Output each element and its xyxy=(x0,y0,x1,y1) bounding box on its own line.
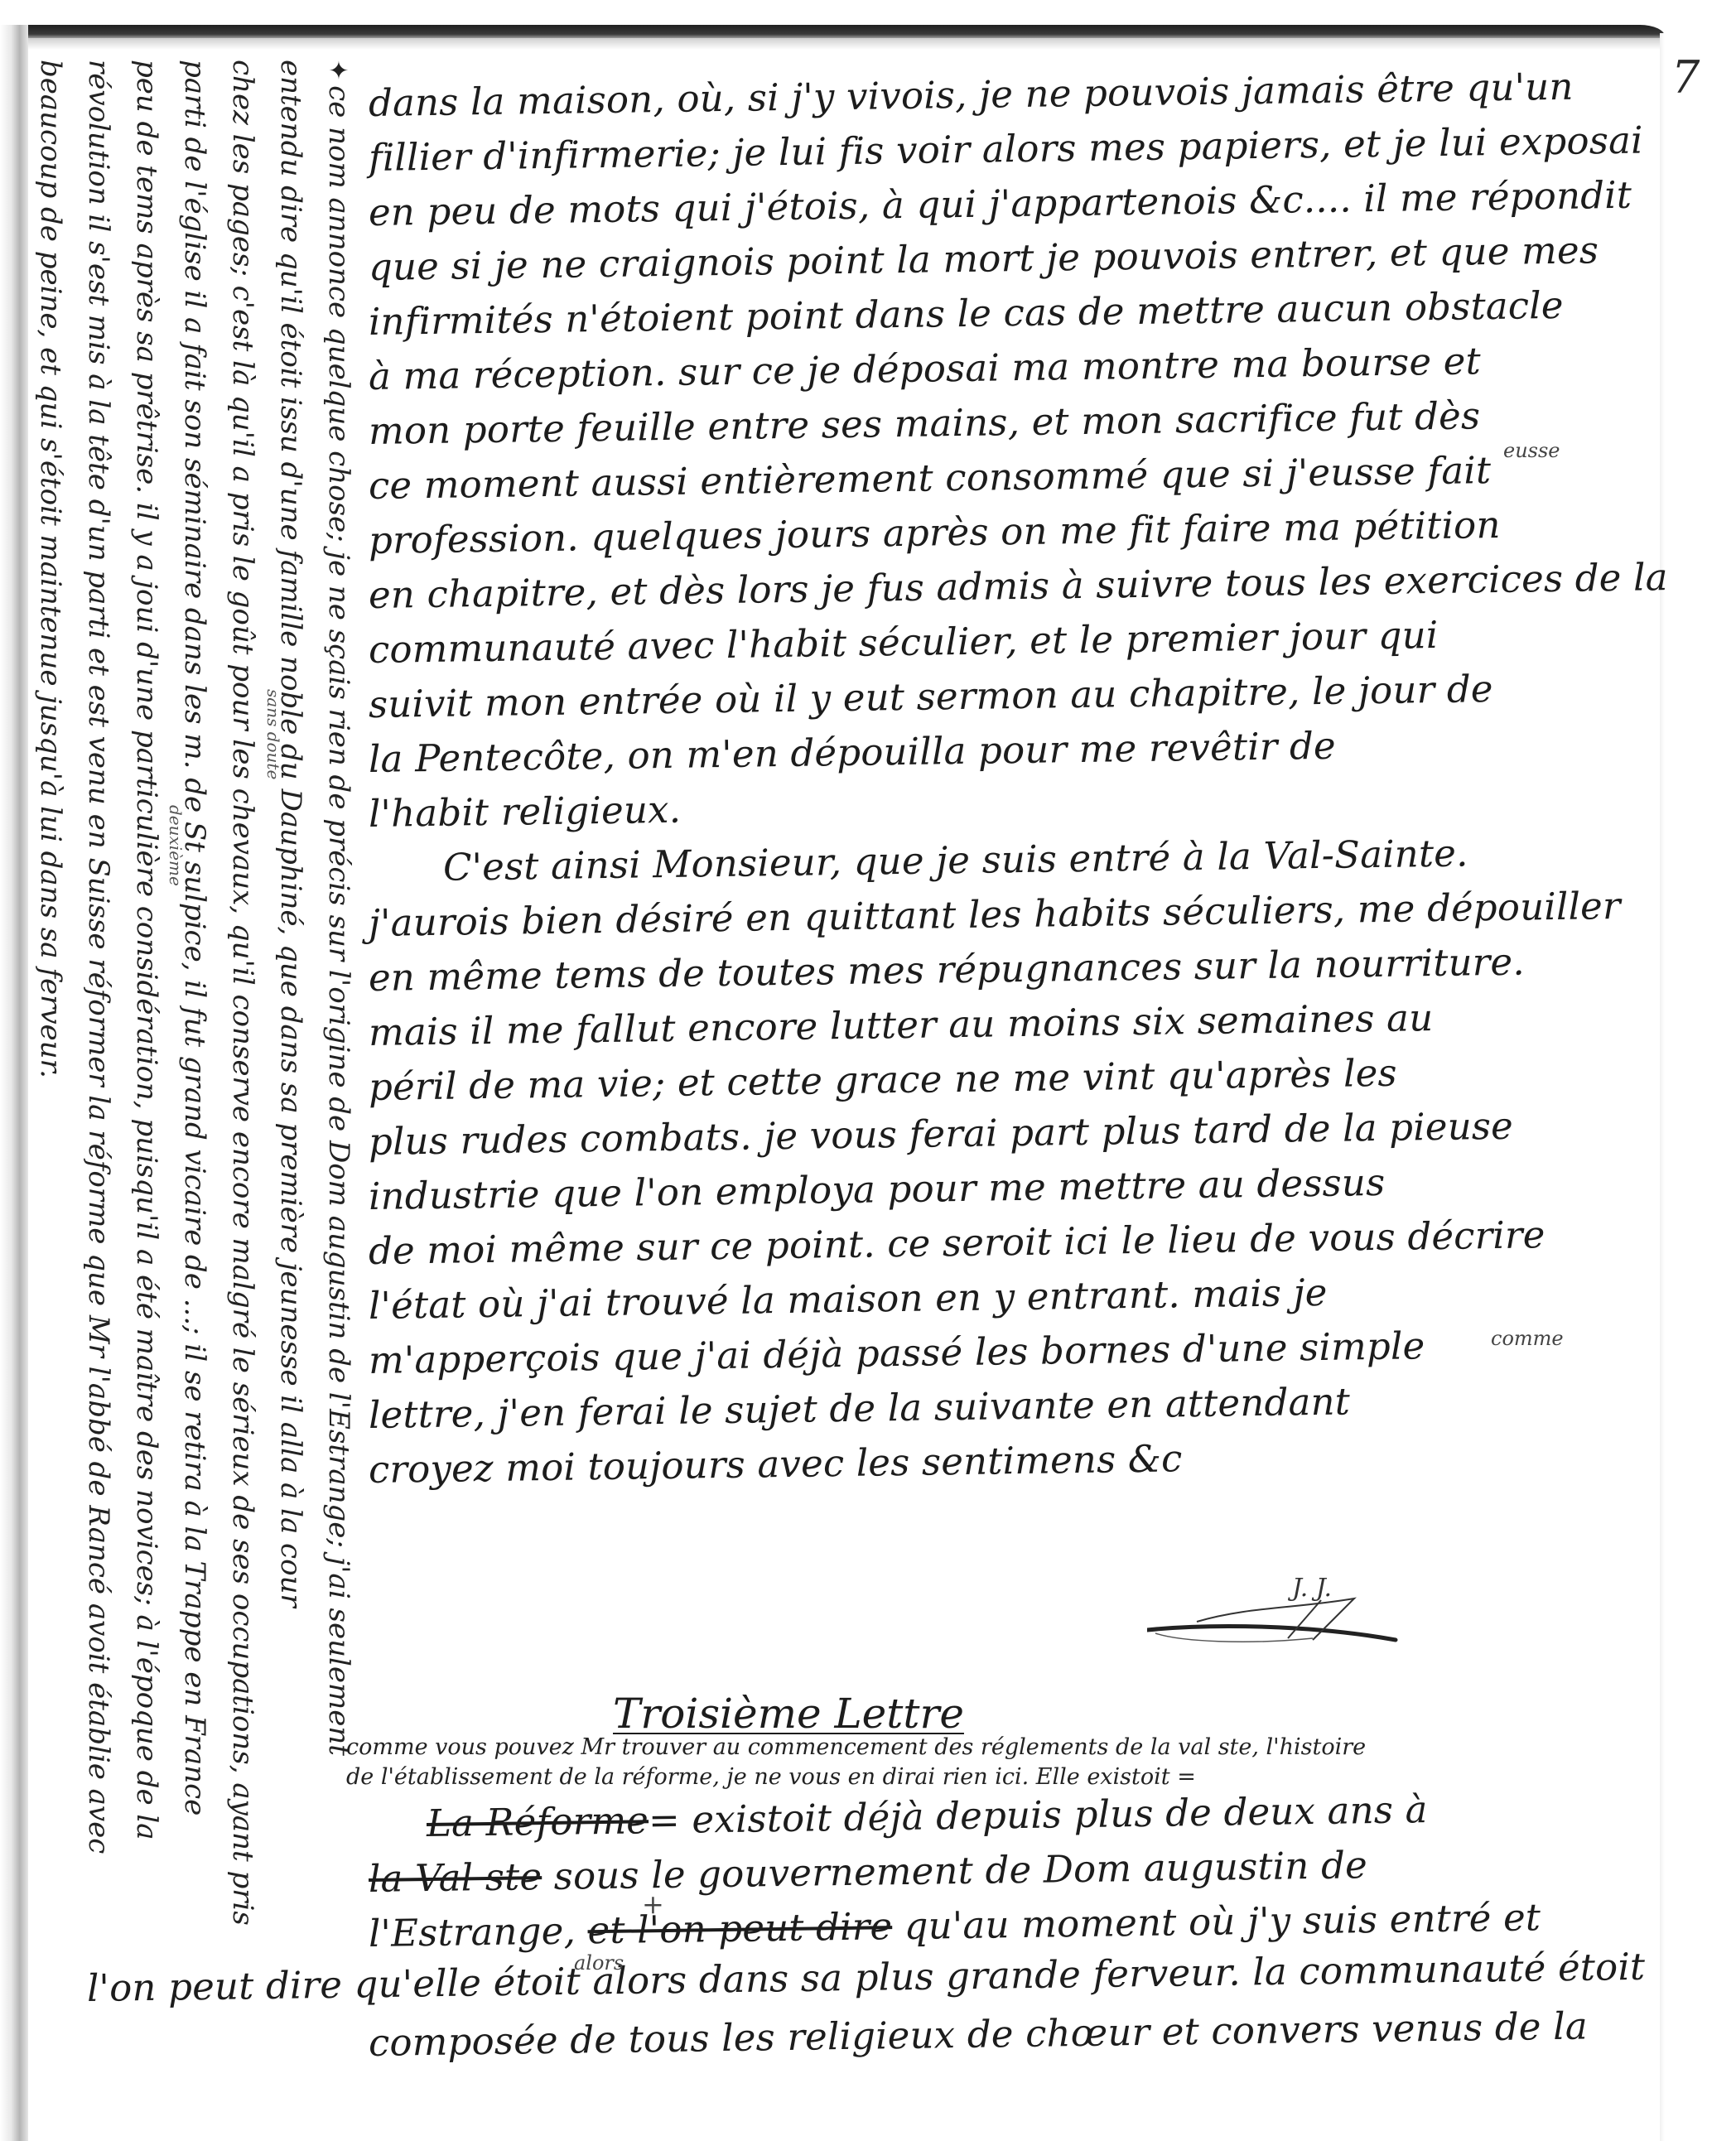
page-top-edge xyxy=(0,25,1665,38)
note-line: comme vous pouvez Mr trouver au commence… xyxy=(346,1733,1671,1762)
letter-body: dans la maison, où, si j'y vivois, je ne… xyxy=(369,76,1627,1497)
struck-text: La Réforme xyxy=(427,1798,649,1845)
struck-text: et l'on peut dire xyxy=(587,1904,892,1952)
margin-insertion-deuxieme: deuxième xyxy=(166,805,186,886)
insertion-eusse: eusse xyxy=(1503,439,1560,462)
insertion-alors: alors xyxy=(574,1951,624,1975)
third-letter-body: La Réforme= existoit déjà depuis plus de… xyxy=(369,1797,1661,2071)
margin-note: ✦ce nom annonce quelque chose; je ne sça… xyxy=(73,60,363,1849)
margin-note-line: révolution il s'est mis à la tête d'un p… xyxy=(75,60,123,1849)
margin-note-line: ✦ce nom annonce quelque chose; je ne sça… xyxy=(315,60,363,1849)
margin-note-line: chez les pages; c'est là qu'il a pris le… xyxy=(219,60,267,1849)
margin-note-line: parti de l'église il a fait son séminair… xyxy=(171,60,219,1849)
insertion-plus-icon: + xyxy=(642,1888,664,1920)
margin-note-line: entendu dire qu'il étoit issu d'une fami… xyxy=(267,60,315,1849)
struck-text: la Val ste xyxy=(369,1854,542,1901)
page-top-shadow xyxy=(0,38,1665,50)
margin-note-line: peu de tems après sa prêtrise. il y a jo… xyxy=(123,60,171,1849)
insertion-star-icon: ✦ xyxy=(323,60,352,80)
signature-flourish-icon xyxy=(1147,1590,1429,1648)
page-binding-edge xyxy=(0,25,28,2141)
page-number: 7 xyxy=(1671,51,1700,104)
third-letter-heading: Troisième Lettre xyxy=(613,1690,964,1738)
margin-insertion-sans-doute: sans doute xyxy=(263,689,283,779)
margin-note-line: beaucoup de peine, et qui s'étoit mainte… xyxy=(27,60,75,1849)
insertion-comme: comme xyxy=(1491,1327,1564,1350)
signature-initials: J. J. xyxy=(1292,1574,1332,1603)
